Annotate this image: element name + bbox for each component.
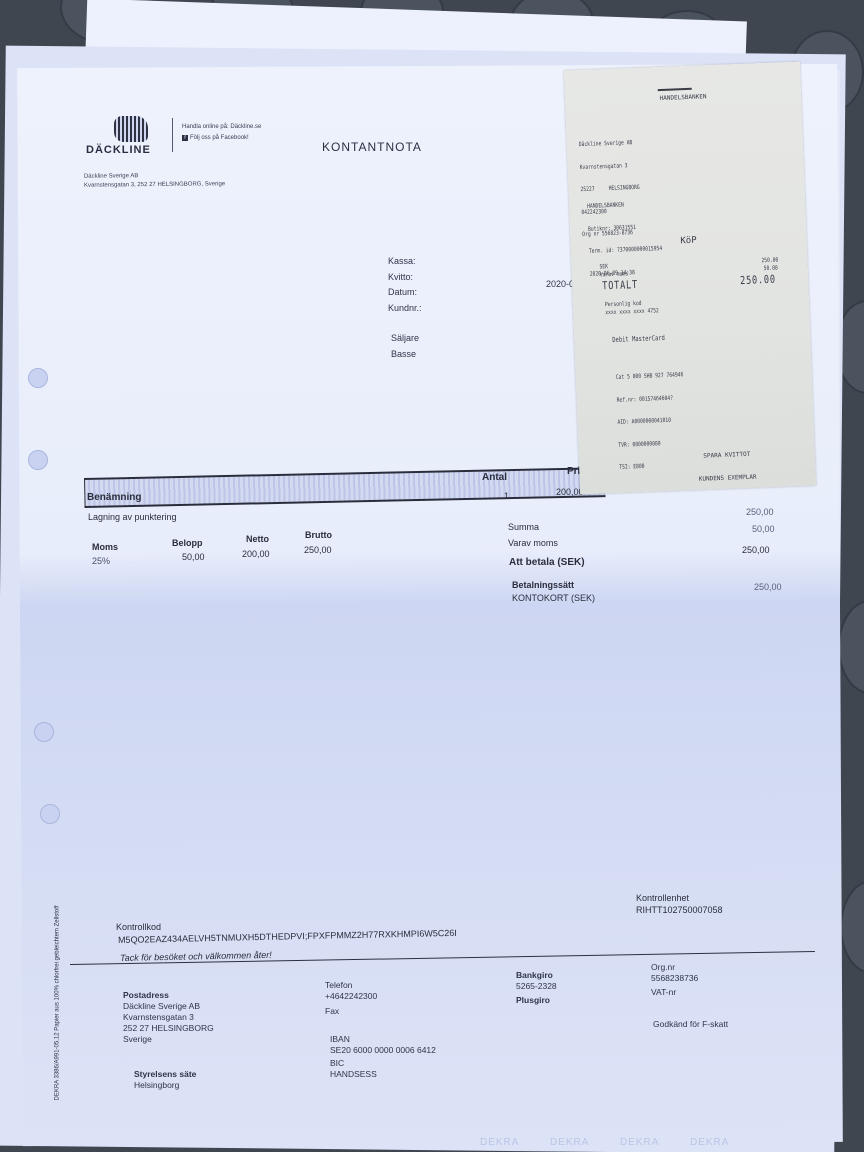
vat-col-belopp: Belopp — [172, 538, 203, 548]
label-kundnr: Kundnr.: — [388, 301, 422, 317]
summa-label: Summa — [508, 522, 539, 532]
item-line-total: 250,00 — [746, 507, 774, 517]
receipt-card-type: Debit MasterCard — [612, 335, 665, 345]
vat-amount: 50,00 — [182, 552, 205, 562]
floor-texture — [838, 600, 864, 694]
iban-label: IBAN — [330, 1034, 436, 1045]
payment-method: KONTOKORT (SEK) — [512, 593, 595, 603]
paper-side-print: DEKRA 3386/A991-05.12 Papier aus 100% ch… — [55, 905, 61, 1100]
merchant-line: Kvarnstensgatan 3 — [580, 161, 639, 171]
label-kvitto: Kvitto: — [388, 270, 422, 286]
att-betala-value: 250,00 — [742, 545, 770, 555]
vat-col-brutto: Brutto — [305, 530, 332, 540]
iban-value: SE20 6000 0000 0006 6412 — [330, 1045, 436, 1056]
punch-hole — [28, 450, 48, 470]
floor-texture — [840, 880, 864, 974]
punch-hole — [34, 722, 54, 742]
receipt-line-value: 250.00 — [761, 257, 778, 265]
vat-rate: 25% — [92, 556, 110, 566]
receipt-line-value: 50.00 — [764, 265, 778, 273]
vat-net: 200,00 — [242, 549, 270, 559]
header-divider — [172, 118, 173, 152]
payment-label: Betalningssätt — [512, 580, 574, 590]
facebook-icon: f — [182, 135, 188, 141]
seller-block: Säljare Basse — [391, 330, 419, 362]
tagline-facebook-text: Följ oss på Facebook! — [190, 135, 249, 141]
kontrollenhet-label: Kontrollenhet — [636, 893, 689, 903]
telefon-label: Telefon — [325, 980, 377, 991]
iban-block: IBAN SE20 6000 0000 0006 6412 BIC HANDSE… — [330, 1034, 436, 1080]
receipt-total-label: TOTALT — [602, 279, 638, 292]
bankgiro-block: Bankgiro 5265-2328 Plusgiro — [516, 970, 557, 1006]
receipt-footer: SPARA KVITTOT KUNDENS EXEMPLAR — [608, 432, 846, 501]
bank-line: Butiknr: 30631551 — [588, 223, 661, 233]
summa-value: 50,00 — [752, 524, 775, 534]
vat-col-netto: Netto — [246, 534, 269, 544]
card-detail-line: Cat 5 000 SHB 927 764946 — [616, 371, 684, 381]
styrelse-block: Styrelsens säte Helsingborg — [134, 1069, 196, 1091]
att-betala-label: Att betala (SEK) — [509, 557, 585, 568]
receipt-tear-mark — [658, 88, 692, 91]
card-receipt: HANDELSBANKEN Däckline Sverige AB Kvarns… — [564, 62, 816, 495]
vat-col-moms: Moms — [92, 542, 118, 552]
col-benamning: Benämning — [87, 492, 141, 503]
company-header: Däckline Sverige AB Kvarnstensgatan 3, 2… — [84, 171, 225, 190]
brand-logo: DÄCKLINE — [86, 116, 176, 156]
item-description: Lagning av punktering — [88, 512, 177, 522]
kontrollenhet-value: RIHTT102750007058 — [636, 905, 723, 915]
punch-hole — [28, 368, 48, 388]
tagline: Handla online på: Däckline.se fFölj oss … — [182, 122, 261, 144]
seller-name: Basse — [391, 346, 419, 362]
vatnr-label: VAT-nr — [651, 987, 698, 998]
document-title: KONTANTNOTA — [322, 140, 422, 154]
orgnr-value: 5568238736 — [651, 973, 698, 984]
fax-label: Fax — [325, 1006, 377, 1017]
bic-label: BIC — [330, 1058, 436, 1069]
kontrollkod-label: Kontrollkod — [116, 922, 161, 932]
orgnr-block: Org.nr 5568238736 VAT-nr — [651, 962, 698, 998]
card-detail-line: Ref.nr: 00157464604? — [616, 394, 684, 404]
col-antal: Antal — [482, 472, 507, 483]
watermark: DEKRA — [550, 1137, 589, 1148]
label-kassa: Kassa: — [388, 254, 422, 270]
postadress-label: Postadress — [123, 990, 214, 1001]
watermark: DEKRA — [620, 1137, 659, 1148]
telefon-value: +4642242300 — [325, 991, 377, 1002]
receipt-footer-line: KUNDENS EXEMPLAR — [610, 470, 846, 487]
receipt-line-label: SEK — [599, 263, 608, 271]
watermark: DEKRA — [690, 1137, 729, 1148]
tagline-web: Handla online på: Däckline.se — [182, 122, 261, 133]
receipt-footer-line: SPARA KVITTOT — [609, 447, 845, 464]
varav-moms-label: Varav moms — [508, 538, 558, 548]
bic-value: HANDSESS — [330, 1069, 436, 1080]
telefon-block: Telefon +4642242300 Fax — [325, 980, 377, 1017]
styrelse-label: Styrelsens säte — [134, 1069, 196, 1080]
vat-gross: 250,00 — [304, 545, 332, 555]
merchant-line: Däckline Sverige AB — [579, 139, 638, 149]
plusgiro-label: Plusgiro — [516, 995, 557, 1006]
watermark: DEKRA — [480, 1137, 519, 1148]
company-address: Kvarnstensgatan 3, 252 27 HELSINGBORG, S… — [84, 180, 225, 190]
bankgiro-label: Bankgiro — [516, 970, 557, 981]
item-quantity: 1 — [504, 491, 509, 501]
tagline-facebook: fFölj oss på Facebook! — [182, 133, 261, 144]
receipt-card-masked: xxxx xxxx xxxx 4752 — [605, 307, 659, 317]
fskatt-note: Godkänd för F-skatt — [653, 1019, 728, 1030]
bankgiro-value: 5265-2328 — [516, 981, 557, 992]
bank-line: HANDELSBANKEN — [587, 200, 660, 210]
receipt-total-value: 250.00 — [740, 274, 776, 287]
label-datum: Datum: — [388, 285, 422, 301]
styrelse-value: Helsingborg — [134, 1080, 196, 1091]
postadress-line: Däckline Sverige AB — [123, 1001, 214, 1012]
postadress-block: Postadress Däckline Sverige AB Kvarnsten… — [123, 990, 214, 1045]
postadress-line: Kvarnstensgatan 3 — [123, 1012, 214, 1023]
tire-logo-icon — [114, 116, 148, 142]
postadress-line: 252 27 HELSINGBORG — [123, 1023, 214, 1034]
postadress-line: Sverige — [123, 1034, 214, 1045]
punch-hole — [40, 804, 60, 824]
brand-name: DÄCKLINE — [86, 144, 176, 156]
seller-label: Säljare — [391, 330, 419, 346]
payment-value: 250,00 — [754, 582, 782, 592]
receipt-header: HANDELSBANKEN — [565, 90, 801, 107]
info-labels: Kassa: Kvitto: Datum: Kundnr.: — [388, 254, 422, 316]
card-detail-line: AID: A0000000041010 — [617, 416, 685, 426]
orgnr-label: Org.nr — [651, 962, 698, 973]
